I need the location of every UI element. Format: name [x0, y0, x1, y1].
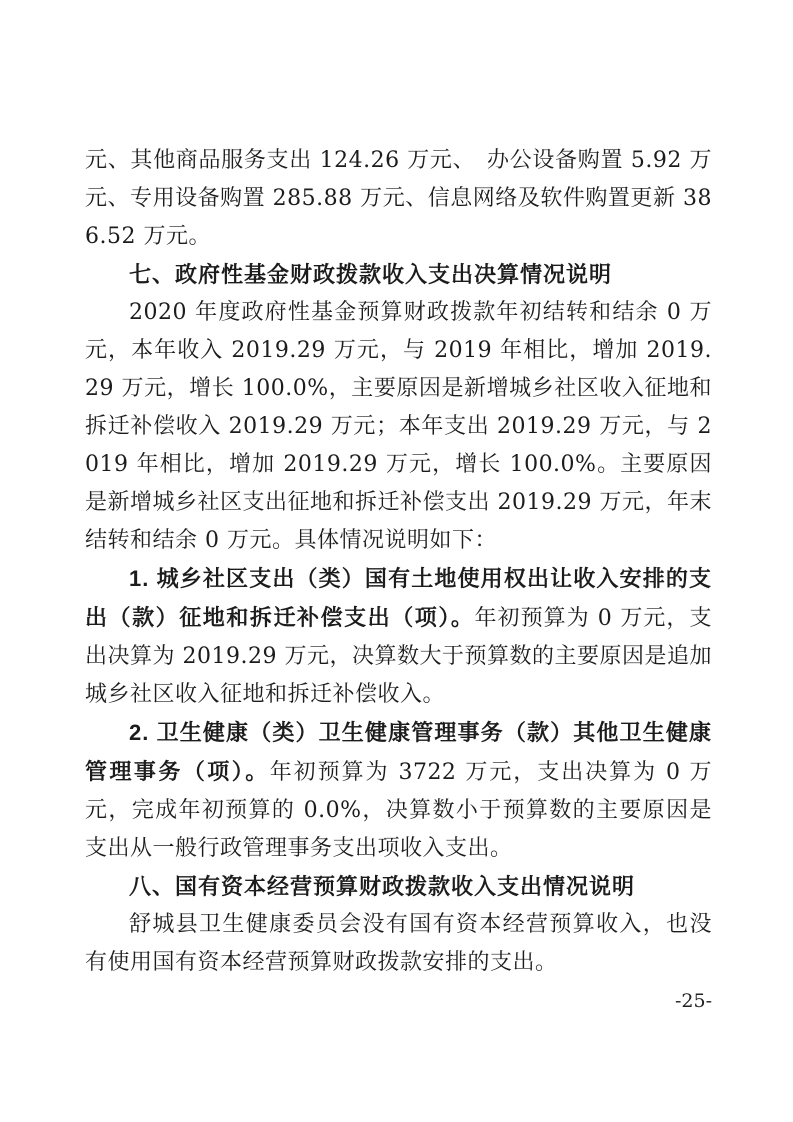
para-soe-budget: 舒城县卫生健康委员会没有国有资本经营预算收入，也没有使用国有资本经营预算财政拨款…: [85, 906, 712, 982]
heading-section-8-text: 八、国有资本经营预算财政拨款收入支出情况说明: [129, 874, 635, 899]
para-gov-fund-summary: 2020 年度政府性基金预算财政拨款年初结转和结余 0 万元，本年收入 2019…: [85, 294, 712, 560]
para-carryover-text: 元、其他商品服务支出 124.26 万元、 办公设备购置 5.92 万元、专用设…: [85, 148, 712, 249]
text-block: 元、其他商品服务支出 124.26 万元、 办公设备购置 5.92 万元、专用设…: [85, 142, 712, 982]
para-gov-fund-summary-text: 2020 年度政府性基金预算财政拨款年初结转和结余 0 万元，本年收入 2019…: [85, 300, 712, 553]
para-item-1: 1. 城乡社区支出（类）国有土地使用权出让收入安排的支出（款）征地和拆迁补偿支出…: [85, 560, 712, 714]
document-page: { "page": { "paragraphs": [ { "name": "p…: [0, 0, 793, 1122]
page-number: -25-: [675, 990, 712, 1012]
heading-section-7: 七、政府性基金财政拨款收入支出决算情况说明: [85, 256, 712, 294]
para-soe-budget-text: 舒城县卫生健康委员会没有国有资本经营预算收入，也没有使用国有资本经营预算财政拨款…: [85, 912, 712, 975]
heading-section-8: 八、国有资本经营预算财政拨款收入支出情况说明: [85, 868, 712, 906]
heading-section-7-text: 七、政府性基金财政拨款收入支出决算情况说明: [129, 262, 612, 287]
para-carryover: 元、其他商品服务支出 124.26 万元、 办公设备购置 5.92 万元、专用设…: [85, 142, 712, 256]
para-item-2: 2. 卫生健康（类）卫生健康管理事务（款）其他卫生健康管理事务（项）。年初预算为…: [85, 714, 712, 868]
